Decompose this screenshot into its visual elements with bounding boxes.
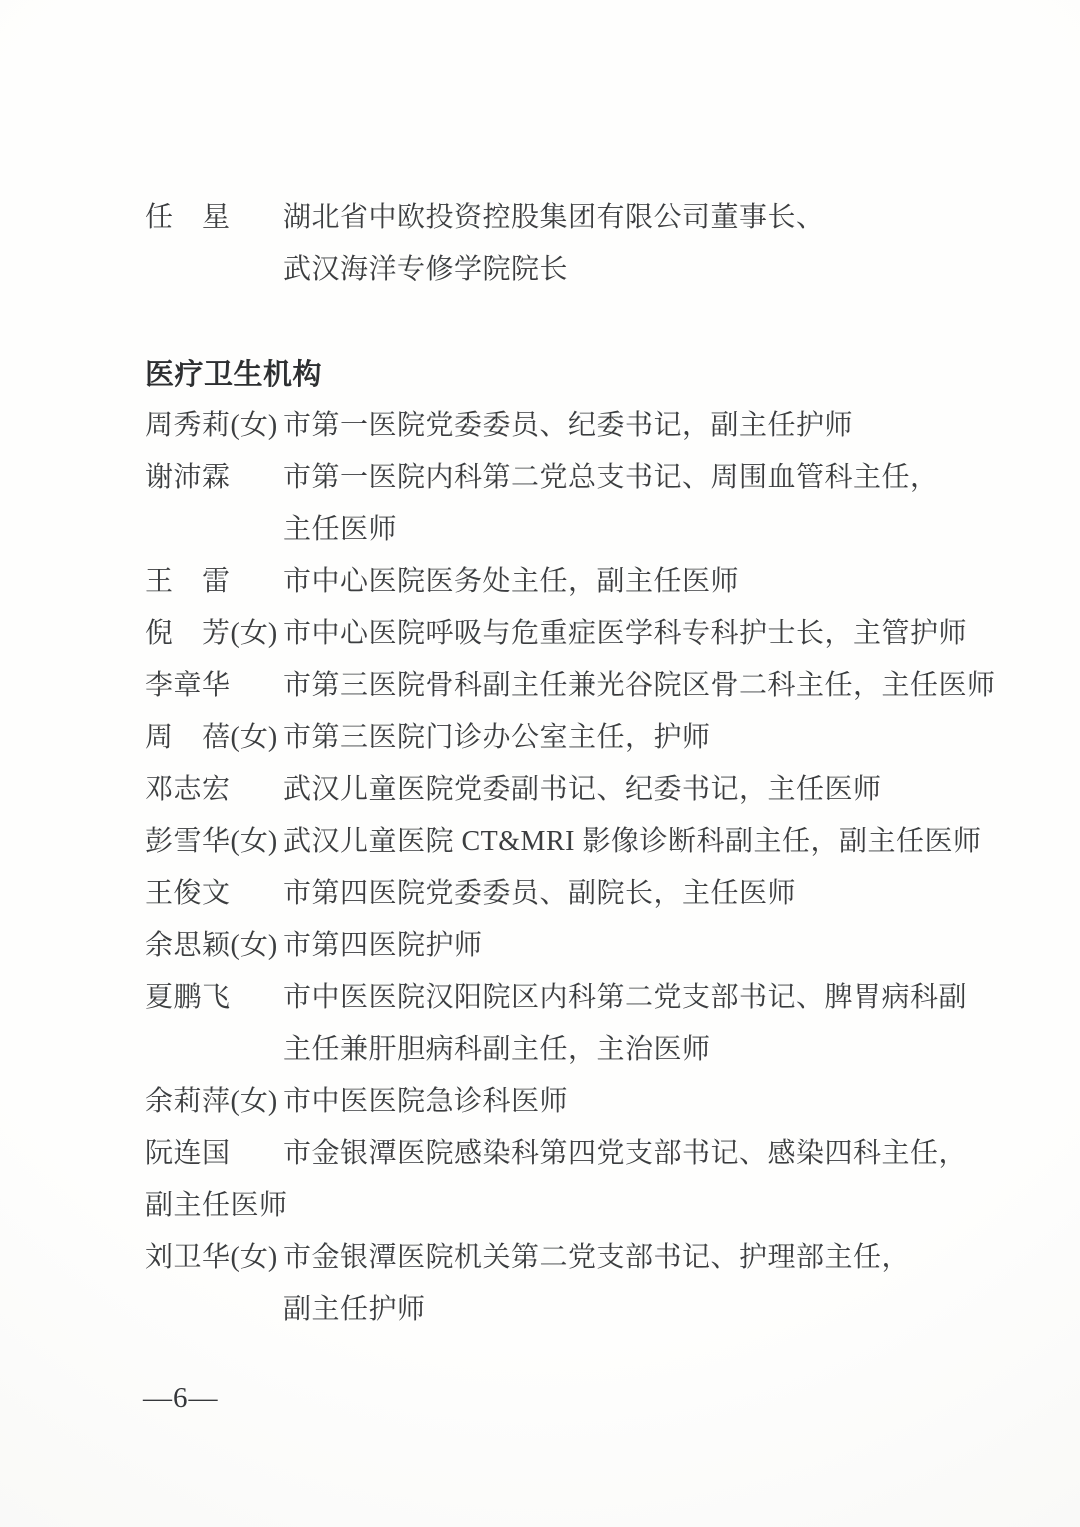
person-name-cell: 刘卫华(女) <box>145 1232 283 1284</box>
entry-continuation: 副主任护师 <box>145 1284 1005 1336</box>
section-spacer <box>145 296 1005 348</box>
person-title: 武汉儿童医院党委副书记、纪委书记，主任医师 <box>283 774 882 805</box>
gender-marker: (女) <box>231 826 278 857</box>
roster-list: 任 星湖北省中欧投资控股集团有限公司董事长、武汉海洋专修学院院长医疗卫生机构周秀… <box>145 192 1005 1336</box>
roster-entry: 谢沛霖市第一医院内科第二党总支书记、周围血管科主任， <box>145 452 1005 504</box>
person-name-cell: 谢沛霖 <box>145 452 283 504</box>
person-name: 李章华 <box>145 670 231 701</box>
person-title: 湖北省中欧投资控股集团有限公司董事长、 <box>283 202 825 233</box>
person-name-cell: 余莉萍(女) <box>145 1076 283 1128</box>
roster-entry: 刘卫华(女)市金银潭医院机关第二党支部书记、护理部主任， <box>145 1232 1005 1284</box>
roster-entry: 彭雪华(女)武汉儿童医院 CT&MRI 影像诊断科副主任，副主任医师 <box>145 816 1005 868</box>
roster-entry: 李章华市第三医院骨科副主任兼光谷院区骨二科主任，主任医师 <box>145 660 1005 712</box>
person-name-cell: 彭雪华(女) <box>145 816 283 868</box>
person-name: 任 星 <box>145 202 231 233</box>
person-name: 邓志宏 <box>145 774 231 805</box>
roster-entry: 任 星湖北省中欧投资控股集团有限公司董事长、 <box>145 192 1005 244</box>
person-title: 市第一医院党委委员、纪委书记，副主任护师 <box>283 410 853 441</box>
person-name: 余思颖 <box>145 930 231 961</box>
roster-entry: 邓志宏武汉儿童医院党委副书记、纪委书记，主任医师 <box>145 764 1005 816</box>
person-name: 周 蓓 <box>145 722 231 753</box>
person-title: 市中医医院汉阳院区内科第二党支部书记、脾胃病科副 <box>283 982 967 1013</box>
entry-continuation: 主任兼肝胆病科副主任，主治医师 <box>145 1024 1005 1076</box>
roster-entry: 王俊文市第四医院党委委员、副院长，主任医师 <box>145 868 1005 920</box>
person-title: 市金银潭医院感染科第四党支部书记、感染四科主任， <box>283 1138 967 1169</box>
roster-entry: 余思颖(女)市第四医院护师 <box>145 920 1005 972</box>
person-name-cell: 倪 芳(女) <box>145 608 283 660</box>
roster-entry: 阮连国市金银潭医院感染科第四党支部书记、感染四科主任， <box>145 1128 1005 1180</box>
roster-entry: 夏鹏飞市中医医院汉阳院区内科第二党支部书记、脾胃病科副 <box>145 972 1005 1024</box>
person-name-cell: 余思颖(女) <box>145 920 283 972</box>
person-title: 市中医医院急诊科医师 <box>283 1086 568 1117</box>
person-name: 余莉萍 <box>145 1086 231 1117</box>
person-title: 市第四医院党委委员、副院长，主任医师 <box>283 878 796 909</box>
gender-marker: (女) <box>231 1086 278 1117</box>
person-name-cell: 阮连国 <box>145 1128 283 1180</box>
entry-continuation: 主任医师 <box>145 504 1005 556</box>
gender-marker: (女) <box>231 618 278 649</box>
person-title: 市中心医院医务处主任，副主任医师 <box>283 566 739 597</box>
person-title: 武汉儿童医院 CT&MRI 影像诊断科副主任，副主任医师 <box>283 826 981 857</box>
person-title: 市第三医院骨科副主任兼光谷院区骨二科主任，主任医师 <box>283 670 996 701</box>
section-heading: 医疗卫生机构 <box>145 348 1005 400</box>
person-name-cell: 周秀莉(女) <box>145 400 283 452</box>
person-name-cell: 王 雷 <box>145 556 283 608</box>
roster-entry: 余莉萍(女)市中医医院急诊科医师 <box>145 1076 1005 1128</box>
person-name-cell: 夏鹏飞 <box>145 972 283 1024</box>
person-name-cell: 王俊文 <box>145 868 283 920</box>
entry-continuation: 武汉海洋专修学院院长 <box>145 244 1005 296</box>
person-title: 市金银潭医院机关第二党支部书记、护理部主任， <box>283 1242 910 1273</box>
document-page: 任 星湖北省中欧投资控股集团有限公司董事长、武汉海洋专修学院院长医疗卫生机构周秀… <box>0 0 1080 1527</box>
person-title: 市第四医院护师 <box>283 930 483 961</box>
roster-entry: 周秀莉(女)市第一医院党委委员、纪委书记，副主任护师 <box>145 400 1005 452</box>
person-name-cell: 周 蓓(女) <box>145 712 283 764</box>
roster-entry: 倪 芳(女)市中心医院呼吸与危重症医学科专科护士长，主管护师 <box>145 608 1005 660</box>
person-name-cell: 邓志宏 <box>145 764 283 816</box>
person-name: 刘卫华 <box>145 1242 231 1273</box>
page-number: —6— <box>143 1372 219 1424</box>
entry-continuation: 副主任医师 <box>145 1180 1005 1232</box>
roster-entry: 周 蓓(女)市第三医院门诊办公室主任，护师 <box>145 712 1005 764</box>
gender-marker: (女) <box>231 930 278 961</box>
person-name: 王 雷 <box>145 566 231 597</box>
person-name: 谢沛霖 <box>145 462 231 493</box>
person-name-cell: 李章华 <box>145 660 283 712</box>
person-name: 彭雪华 <box>145 826 231 857</box>
roster-entry: 王 雷市中心医院医务处主任，副主任医师 <box>145 556 1005 608</box>
gender-marker: (女) <box>231 410 278 441</box>
person-name: 周秀莉 <box>145 410 231 441</box>
person-title: 市第三医院门诊办公室主任，护师 <box>283 722 711 753</box>
person-name-cell: 任 星 <box>145 192 283 244</box>
gender-marker: (女) <box>231 1242 278 1273</box>
person-title: 市中心医院呼吸与危重症医学科专科护士长，主管护师 <box>283 618 967 649</box>
person-name: 夏鹏飞 <box>145 982 231 1013</box>
person-name: 倪 芳 <box>145 618 231 649</box>
gender-marker: (女) <box>231 722 278 753</box>
person-name: 王俊文 <box>145 878 231 909</box>
person-title: 市第一医院内科第二党总支书记、周围血管科主任， <box>283 462 939 493</box>
person-name: 阮连国 <box>145 1138 231 1169</box>
